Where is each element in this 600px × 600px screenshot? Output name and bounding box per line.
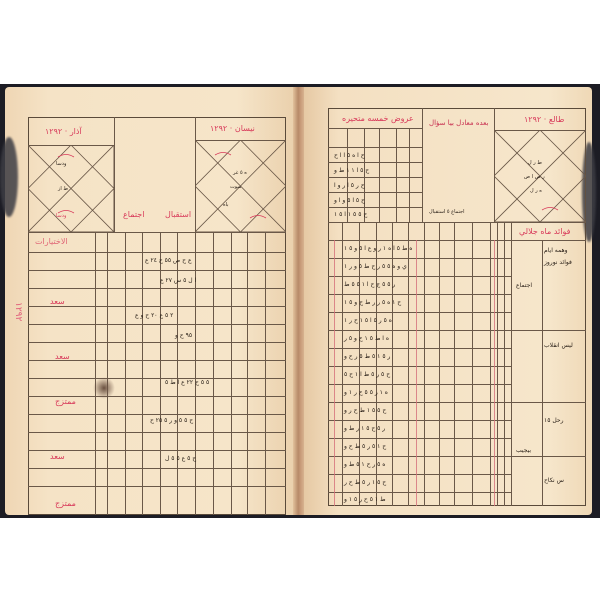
page-edge-damage	[0, 137, 18, 217]
table-header-ikhtiyarat: الاختيارات	[35, 237, 68, 246]
svg-text:ودسا: ودسا	[56, 161, 67, 167]
note-saad-1: سعد	[50, 297, 65, 306]
note-saad-3: سعد	[50, 452, 65, 461]
chart-caption-left: اجتماع	[123, 210, 144, 219]
left-page: آذار · ١٢٩٢ نيسان · ١٢٩٢ ودسا ط از ودسا	[5, 87, 295, 515]
note-mumtazij-2: ممتزج	[55, 499, 76, 508]
note-mumtazij-1: ممتزج	[55, 397, 76, 406]
svg-text:ه ر ل: ه ر ل	[530, 188, 542, 194]
open-book-photo: آذار · ١٢٩٢ نيسان · ١٢٩٢ ودسا ط از ودسا	[0, 84, 600, 518]
svg-text:ط از: ط از	[57, 186, 68, 192]
header-middle-text: بعده معادل بيا سؤال	[429, 119, 489, 127]
right-page: عروض خمسه متحيره بعده معادل بيا سؤال طال…	[304, 87, 592, 515]
header-khamsa-mutahayyira: عروض خمسه متحيره	[342, 114, 414, 123]
chart-caption-right: استقبال	[165, 210, 191, 219]
left-box-header: آذار · ١٢٩٢	[45, 127, 82, 136]
notes-column-header: فوائد ماه جلالي	[519, 227, 570, 236]
svg-text:ه ٥ غر: ه ٥ غر	[232, 170, 247, 176]
middle-box-note: اجتماع ٥ استقبال	[429, 209, 465, 215]
svg-text:ر ص ا ص: ر ص ا ص	[524, 174, 545, 180]
note-saad-2: سعد	[55, 352, 70, 361]
svg-text:باه: باه	[223, 202, 229, 208]
header-tali: طالع · ١٢٩٢	[524, 115, 564, 124]
right-box-header: نيسان · ١٢٩٢	[210, 124, 255, 133]
svg-text:ودسا: ودسا	[56, 213, 67, 219]
svg-text:سوت: سوت	[230, 184, 241, 190]
svg-text:ط ر ل: ط ر ل	[528, 160, 542, 166]
ink-stain	[93, 377, 115, 399]
margin-year-note: ١٢٩٢	[13, 302, 23, 321]
